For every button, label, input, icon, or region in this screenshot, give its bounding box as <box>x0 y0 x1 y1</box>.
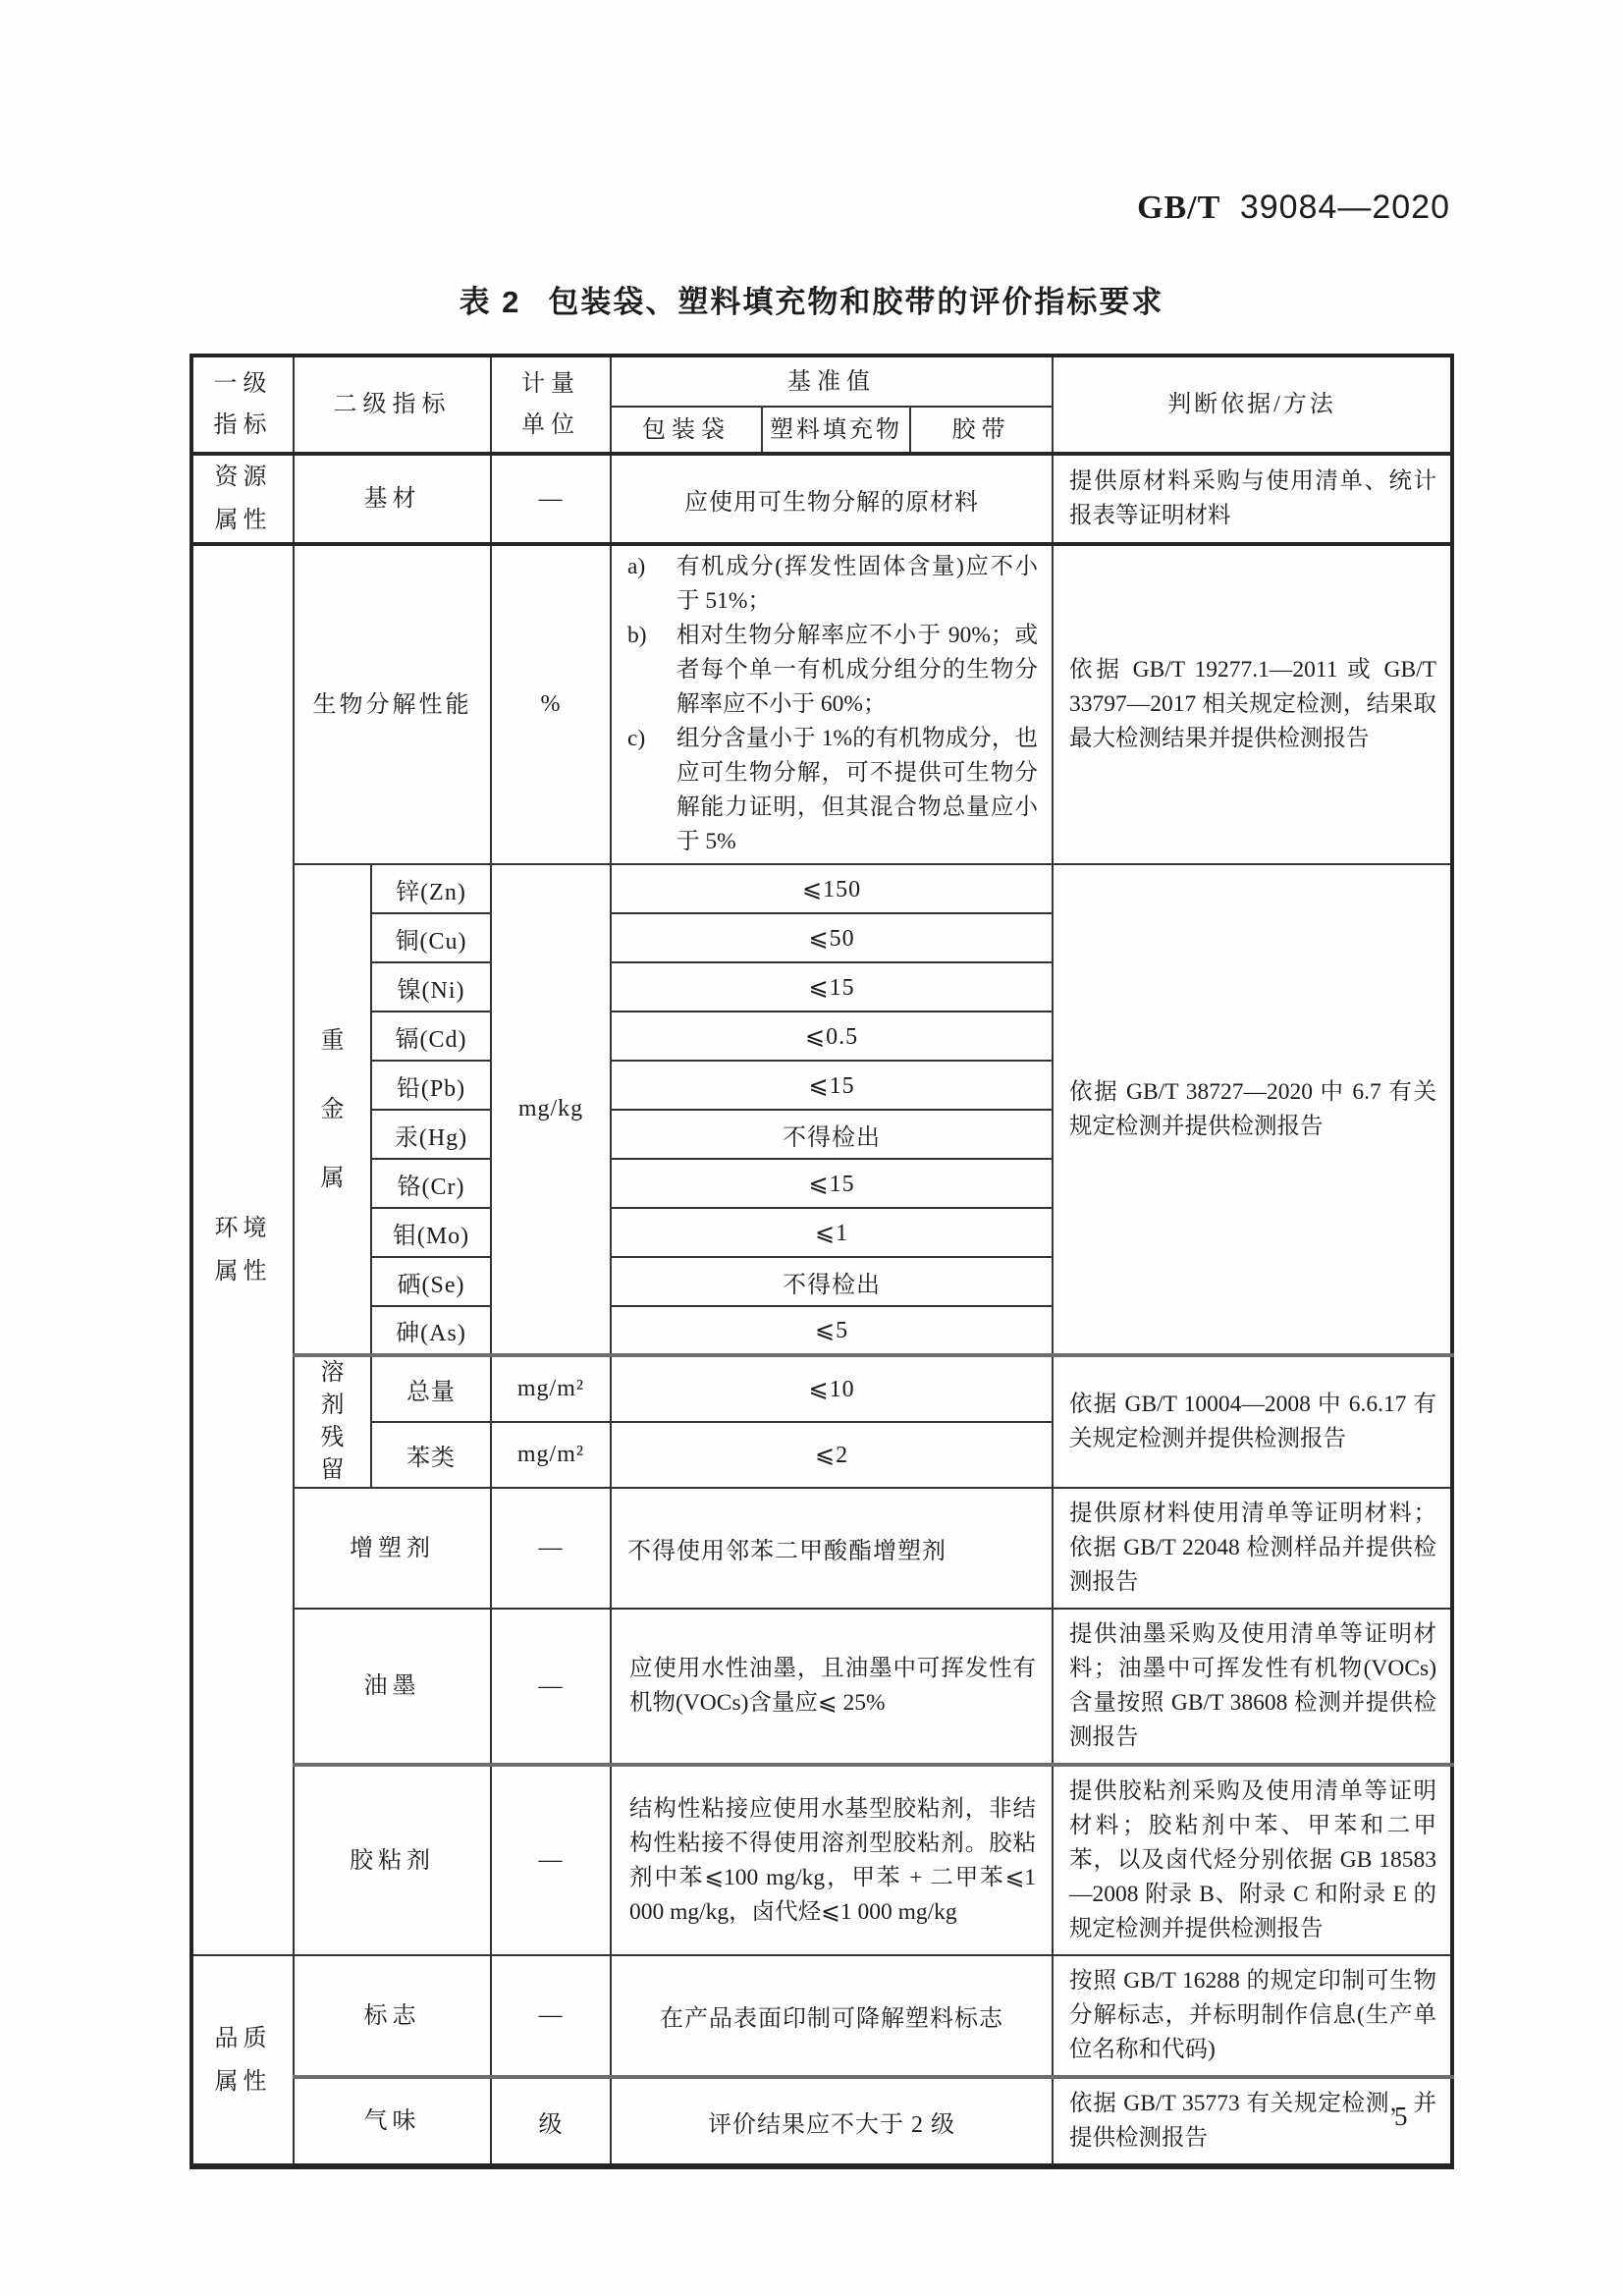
row-mark: 品质 属性 标志 — 在产品表面印制可降解塑料标志 按照 GB/T 16288 … <box>191 1955 1452 2077</box>
cell-metal-name: 铬(Cr) <box>371 1159 491 1208</box>
cell-level1-environment: 环境 属性 <box>191 544 294 1955</box>
cell-solvent-value: ⩽10 <box>611 1355 1053 1422</box>
col-header-product-filler: 塑料填充物 <box>762 407 910 454</box>
cell-group-solvent-residue: 溶 剂 残 留 <box>294 1355 371 1488</box>
cell-judgment-solvent-residue: 依据 GB/T 10004—2008 中 6.6.17 有关规定检测并提供检测报… <box>1053 1355 1452 1488</box>
cell-metal-name: 镍(Ni) <box>371 962 491 1011</box>
cell-metal-value: ⩽15 <box>611 1061 1053 1110</box>
cell-metal-name: 砷(As) <box>371 1306 491 1355</box>
list-item-marker: b) <box>627 619 676 722</box>
list-item-text: 有机成分(挥发性固体含量)应不小于 51%； <box>676 550 1038 619</box>
cell-unit-odor: 级 <box>491 2077 611 2166</box>
row-base-material: 资源 属性 基材 — 应使用可生物分解的原材料 提供原材料采购与使用清单、统计报… <box>191 454 1452 544</box>
cell-judgment-ink: 提供油墨采购及使用清单等证明材料；油墨中可挥发性有机物(VOCs)含量按照 GB… <box>1053 1609 1452 1765</box>
cell-value-ink: 应使用水性油墨，且油墨中可挥发性有机物(VOCs)含量应⩽ 25% <box>611 1609 1053 1765</box>
cell-level1-resource: 资源 属性 <box>191 454 294 544</box>
list-item: c) 组分含量小于 1%的有机物成分，也应可生物分解，可不提供可生物分解能力证明… <box>627 722 1038 859</box>
cell-judgment-mark: 按照 GB/T 16288 的规定印制可生物分解标志，并标明制作信息(生产单位名… <box>1053 1955 1452 2077</box>
cell-judgment-plasticizer: 提供原材料使用清单等证明材料；依据 GB/T 22048 检测样品并提供检测报告 <box>1053 1488 1452 1609</box>
cell-metal-value: 不得检出 <box>611 1110 1053 1159</box>
col-header-unit: 计量 单位 <box>491 355 611 454</box>
cell-metal-value: ⩽5 <box>611 1306 1053 1355</box>
cell-solvent-name: 总量 <box>371 1355 491 1422</box>
cell-name-ink: 油墨 <box>294 1609 491 1765</box>
row-biodegradation: 环境 属性 生物分解性能 % a) 有机成分(挥发性固体含量)应不小于 51%；… <box>191 544 1452 864</box>
list-item: b) 相对生物分解率应不小于 90%；或者每个单一有机成分组分的生物分解率应不小… <box>627 619 1038 722</box>
cell-level1-quality: 品质 属性 <box>191 1955 294 2166</box>
cell-unit-biodegradation: % <box>491 544 611 864</box>
cell-metal-value: ⩽15 <box>611 962 1053 1011</box>
cell-judgment-odor: 依据 GB/T 35773 有关规定检测，并提供检测报告 <box>1053 2077 1452 2166</box>
col-header-judgment: 判断依据/方法 <box>1053 355 1452 454</box>
biodegradation-requirements-list: a) 有机成分(挥发性固体含量)应不小于 51%； b) 相对生物分解率应不小于… <box>612 548 1052 861</box>
list-item-text: 相对生物分解率应不小于 90%；或者每个单一有机成分组分的生物分解率应不小于 6… <box>676 619 1038 722</box>
cell-name-odor: 气味 <box>294 2077 491 2166</box>
page-number: 5 <box>1394 2102 1408 2132</box>
col-header-level1: 一级 指标 <box>191 355 294 454</box>
cell-name-biodegradation: 生物分解性能 <box>294 544 491 864</box>
table-title-prefix: 表 2 <box>460 285 521 319</box>
cell-name-base-material: 基材 <box>294 454 491 544</box>
cell-judgment-biodegradation: 依据 GB/T 19277.1—2011 或 GB/T 33797—2017 相… <box>1053 544 1452 864</box>
row-ink: 油墨 — 应使用水性油墨，且油墨中可挥发性有机物(VOCs)含量应⩽ 25% 提… <box>191 1609 1452 1765</box>
cell-judgment-adhesive: 提供胶粘剂采购及使用清单等证明材料；胶粘剂中苯、甲苯和二甲苯，以及卤代烃分别依据… <box>1053 1765 1452 1955</box>
cell-unit-mark: — <box>491 1955 611 2077</box>
cell-metal-name: 铅(Pb) <box>371 1061 491 1110</box>
cell-unit-adhesive: — <box>491 1765 611 1955</box>
cell-value-mark: 在产品表面印制可降解塑料标志 <box>611 1955 1053 2077</box>
cell-metal-value: ⩽0.5 <box>611 1011 1053 1061</box>
cell-metal-name: 镉(Cd) <box>371 1011 491 1061</box>
cell-metal-name: 汞(Hg) <box>371 1110 491 1159</box>
col-header-product-bag: 包装袋 <box>611 407 762 454</box>
cell-metal-value: ⩽15 <box>611 1159 1053 1208</box>
cell-metal-name: 硒(Se) <box>371 1257 491 1306</box>
cell-group-heavy-metals: 重 金 属 <box>294 864 371 1355</box>
list-item-text: 组分含量小于 1%的有机物成分，也应可生物分解，可不提供可生物分解能力证明，但其… <box>676 722 1038 859</box>
list-item-marker: c) <box>627 722 676 859</box>
cell-metal-name: 钼(Mo) <box>371 1208 491 1257</box>
cell-solvent-name: 苯类 <box>371 1422 491 1489</box>
cell-metal-name: 铜(Cu) <box>371 913 491 962</box>
standard-code-number: 39084—2020 <box>1240 189 1450 226</box>
cell-value-adhesive: 结构性粘接应使用水基型胶粘剂，非结构性粘接不得使用溶剂型胶粘剂。胶粘剂中苯⩽10… <box>611 1765 1053 1955</box>
col-header-baseline: 基准值 <box>611 355 1053 407</box>
cell-solvent-value: ⩽2 <box>611 1422 1053 1489</box>
cell-metal-value: ⩽50 <box>611 913 1053 962</box>
standard-code-prefix: GB/T <box>1137 190 1220 226</box>
cell-metal-value: ⩽1 <box>611 1208 1053 1257</box>
cell-value-biodegradation: a) 有机成分(挥发性固体含量)应不小于 51%； b) 相对生物分解率应不小于… <box>611 544 1053 864</box>
list-item-marker: a) <box>627 550 676 619</box>
table-title-text: 包装袋、塑料填充物和胶带的评价指标要求 <box>548 285 1163 319</box>
cell-name-plasticizer: 增塑剂 <box>294 1488 491 1609</box>
cell-metal-name: 锌(Zn) <box>371 864 491 913</box>
cell-name-mark: 标志 <box>294 1955 491 2077</box>
col-header-level2: 二级指标 <box>294 355 491 454</box>
row-odor: 气味 级 评价结果应不大于 2 级 依据 GB/T 35773 有关规定检测，并… <box>191 2077 1452 2166</box>
row-metal-zinc: 重 金 属 锌(Zn) mg/kg ⩽150 依据 GB/T 38727—202… <box>191 864 1452 913</box>
cell-metal-value: 不得检出 <box>611 1257 1053 1306</box>
cell-value-base-material: 应使用可生物分解的原材料 <box>611 454 1053 544</box>
cell-metal-value: ⩽150 <box>611 864 1053 913</box>
row-solvent-total: 溶 剂 残 留 总量 mg/m² ⩽10 依据 GB/T 10004—2008 … <box>191 1355 1452 1422</box>
cell-name-adhesive: 胶粘剂 <box>294 1765 491 1955</box>
cell-judgment-heavy-metals: 依据 GB/T 38727—2020 中 6.7 有关规定检测并提供检测报告 <box>1053 864 1452 1355</box>
header-row-1: 一级 指标 二级指标 计量 单位 基准值 判断依据/方法 <box>191 355 1452 407</box>
evaluation-index-table: 一级 指标 二级指标 计量 单位 基准值 判断依据/方法 包装袋 塑料填充物 胶… <box>189 354 1454 2169</box>
table-title: 表 2包装袋、塑料填充物和胶带的评价指标要求 <box>0 277 1623 321</box>
row-adhesive: 胶粘剂 — 结构性粘接应使用水基型胶粘剂，非结构性粘接不得使用溶剂型胶粘剂。胶粘… <box>191 1765 1452 1955</box>
cell-value-plasticizer: 不得使用邻苯二甲酸酯增塑剂 <box>611 1488 1053 1609</box>
cell-value-odor: 评价结果应不大于 2 级 <box>611 2077 1053 2166</box>
cell-solvent-unit: mg/m² <box>491 1355 611 1422</box>
cell-unit-base-material: — <box>491 454 611 544</box>
cell-solvent-unit: mg/m² <box>491 1422 611 1489</box>
cell-unit-ink: — <box>491 1609 611 1765</box>
cell-unit-plasticizer: — <box>491 1488 611 1609</box>
cell-unit-heavy-metals: mg/kg <box>491 864 611 1355</box>
col-header-product-tape: 胶带 <box>910 407 1053 454</box>
standard-code: GB/T 39084—2020 <box>1137 189 1450 227</box>
list-item: a) 有机成分(挥发性固体含量)应不小于 51%； <box>627 550 1038 619</box>
row-plasticizer: 增塑剂 — 不得使用邻苯二甲酸酯增塑剂 提供原材料使用清单等证明材料；依据 GB… <box>191 1488 1452 1609</box>
cell-judgment-base-material: 提供原材料采购与使用清单、统计报表等证明材料 <box>1053 454 1452 544</box>
